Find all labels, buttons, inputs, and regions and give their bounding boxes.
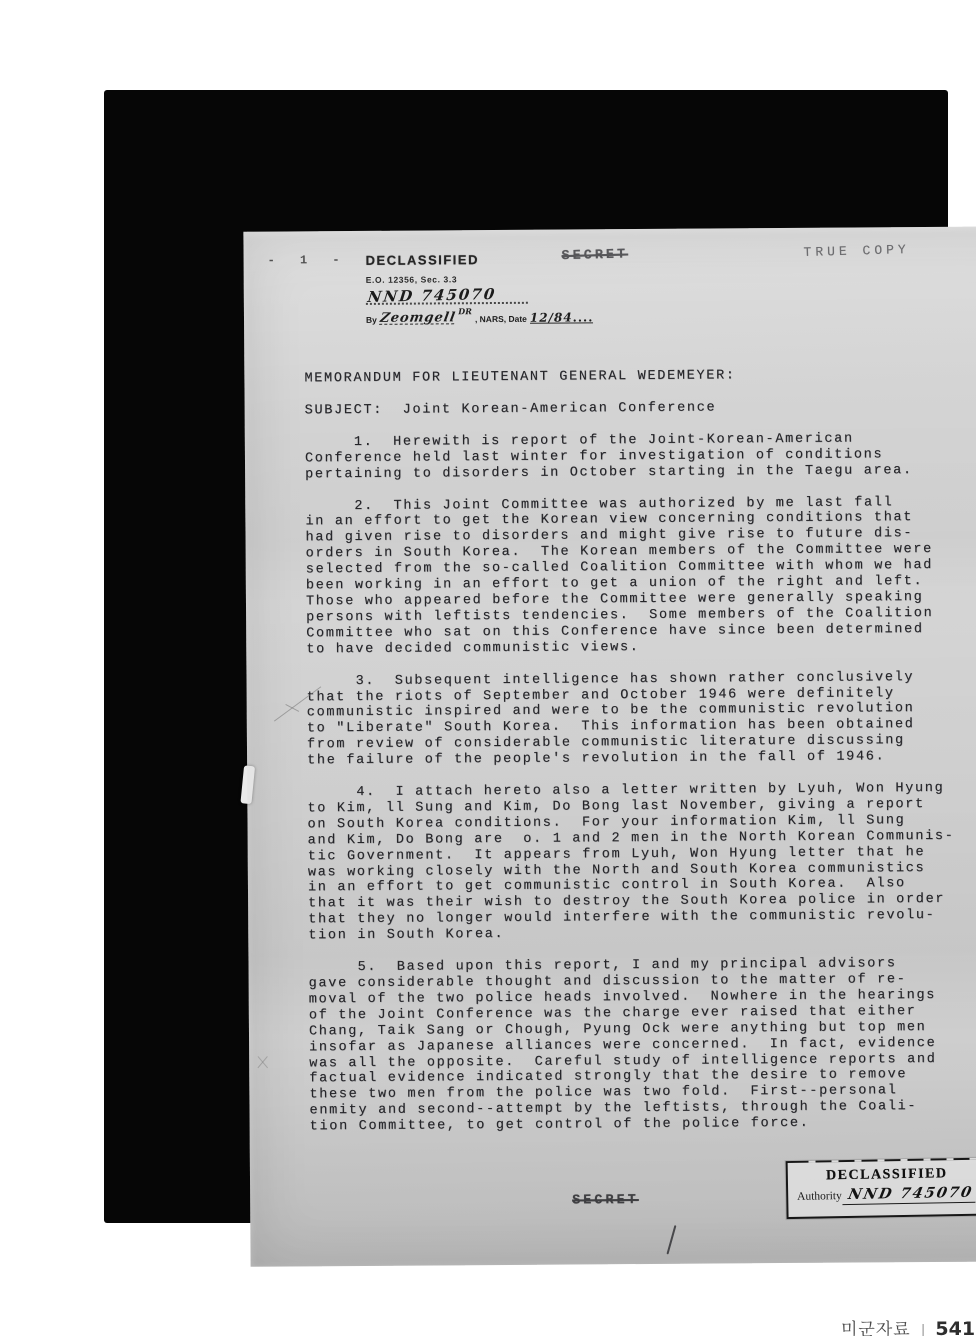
memo-subject: SUBJECT: Joint Korean-American Conferenc… <box>305 398 976 419</box>
memo-paragraph-5: 5. Based upon this report, I and my prin… <box>308 956 976 1136</box>
memo-paragraph-3: 3. Subsequent intelligence has shown rat… <box>306 669 976 769</box>
authority-label: Authority <box>797 1190 842 1203</box>
date-handwritten: 12/84 <box>530 312 594 323</box>
nars-date-label: , NARS, Date <box>475 314 527 324</box>
pencil-stroke <box>274 686 321 721</box>
true-copy-stamp: TRUE COPY <box>803 242 910 260</box>
footer-page-number: 541 <box>935 1318 975 1336</box>
by-label: By <box>366 315 377 325</box>
pencil-check-mark <box>265 681 329 727</box>
viewer-footer: 미군자료 | 541 <box>841 1315 975 1336</box>
dr-note-handwritten: DR <box>458 306 472 316</box>
signature-handwritten: Zeomgell <box>379 313 456 325</box>
secret-stamp-bottom: SECRET <box>572 1193 639 1208</box>
page-number-mark: - 1 - <box>268 253 349 268</box>
memo-paragraph-4: 4. I attach hereto also a letter written… <box>307 780 976 944</box>
declassified-stamp-title: DECLASSIFIED <box>366 251 576 267</box>
dotted-line <box>366 302 528 305</box>
scanned-document: - 1 - DECLASSIFIED E.O. 12356, Sec. 3.3 … <box>104 90 948 1223</box>
memo-body: MEMORANDUM FOR LIEUTENANT GENERAL WEDEME… <box>304 366 976 1151</box>
box-authority-row: Authority NND 745070 <box>788 1184 976 1206</box>
paper-edge-tear <box>240 765 255 804</box>
box-declassified-title: DECLASSIFIED <box>788 1166 976 1185</box>
secret-stamp-top: SECRET <box>561 248 628 265</box>
ink-slash-mark <box>666 1225 676 1254</box>
authority-number-handwritten: NND 745070 <box>843 1184 976 1205</box>
page: - 1 - DECLASSIFIED E.O. 12356, Sec. 3.3 … <box>0 0 976 1336</box>
memo-sheet: - 1 - DECLASSIFIED E.O. 12356, Sec. 3.3 … <box>243 226 976 1267</box>
footer-label: 미군자료 <box>841 1315 911 1336</box>
declassified-authority-box: DECLASSIFIED Authority NND 745070 <box>786 1158 976 1220</box>
by-line: By Zeomgell DR , NARS, Date 12/84 <box>366 312 593 325</box>
eo-line: E.O. 12356, Sec. 3.3 <box>366 273 576 284</box>
memo-heading: MEMORANDUM FOR LIEUTENANT GENERAL WEDEME… <box>304 366 976 387</box>
box-dashed-edge <box>793 1157 976 1163</box>
pencil-x-mark <box>252 1052 272 1076</box>
memo-paragraph-2: 2. This Joint Committee was authorized b… <box>305 494 976 658</box>
footer-separator: | <box>921 1323 926 1336</box>
declassification-stamp: DECLASSIFIED E.O. 12356, Sec. 3.3 NND 74… <box>366 251 576 324</box>
memo-paragraph-1: 1. Herewith is report of the Joint-Korea… <box>305 430 976 483</box>
